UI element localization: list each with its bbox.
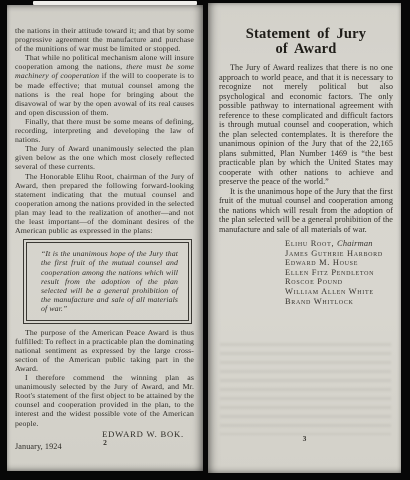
- book-scan: the nations in their attitude toward it;…: [0, 0, 410, 480]
- quote-box-text: “It is the unanimous hope of the Jury th…: [26, 242, 189, 320]
- page-title: Statement of Jury of Award: [219, 27, 393, 56]
- paragraph-commend: I therefore commend the winning plan as …: [15, 373, 194, 428]
- paragraph-finally: Finally, that there must be some means o…: [15, 117, 194, 144]
- paragraph-continuation: the nations in their attitude toward it;…: [15, 26, 194, 53]
- signatory-chairman-role: Chairman: [337, 239, 373, 248]
- signatory-name: Ellen Fitz Pendleton: [285, 268, 393, 278]
- quote-box: “It is the unanimous hope of the Jury th…: [23, 239, 192, 323]
- right-page-body: The Jury of Award realizes that there is…: [219, 63, 393, 306]
- right-page: Statement of Jury of Award The Jury of A…: [208, 3, 401, 473]
- page-title-line2: of Award: [219, 42, 393, 57]
- paragraph-jury-realizes: The Jury of Award realizes that there is…: [219, 63, 393, 187]
- signatory-chairman-name: Elihu Root,: [285, 239, 337, 248]
- paragraph-machinery: That while no political mechanism alone …: [15, 53, 194, 117]
- reverse-side-showthrough: [220, 343, 391, 435]
- paragraph-unanimous-hope: It is the unanimous hope of the Jury tha…: [219, 187, 393, 235]
- signatory-name: Edward M. House: [285, 258, 393, 268]
- signatories-list: Elihu Root, Chairman James Guthrie Harbo…: [285, 239, 393, 306]
- signatory-name: James Guthrie Harbord: [285, 249, 393, 259]
- page-title-line1: Statement of Jury: [219, 27, 393, 42]
- paragraph-elihu-root: The Honorable Elihu Root, chairman of th…: [15, 172, 194, 236]
- signatory-name: Roscoe Pound: [285, 277, 393, 287]
- signatory-name: William Allen White: [285, 287, 393, 297]
- page-number-right: 3: [208, 434, 401, 443]
- page-number-left: 2: [7, 438, 203, 447]
- signatory-name: Brand Whitlock: [285, 297, 393, 307]
- left-page-body: the nations in their attitude toward it;…: [15, 26, 194, 451]
- paragraph-purpose: The purpose of the American Peace Award …: [15, 328, 194, 373]
- paragraph-jury-selected: The Jury of Award unanimously selected t…: [15, 144, 194, 171]
- signatory-chairman: Elihu Root, Chairman: [285, 239, 393, 249]
- left-page: the nations in their attitude toward it;…: [7, 5, 203, 471]
